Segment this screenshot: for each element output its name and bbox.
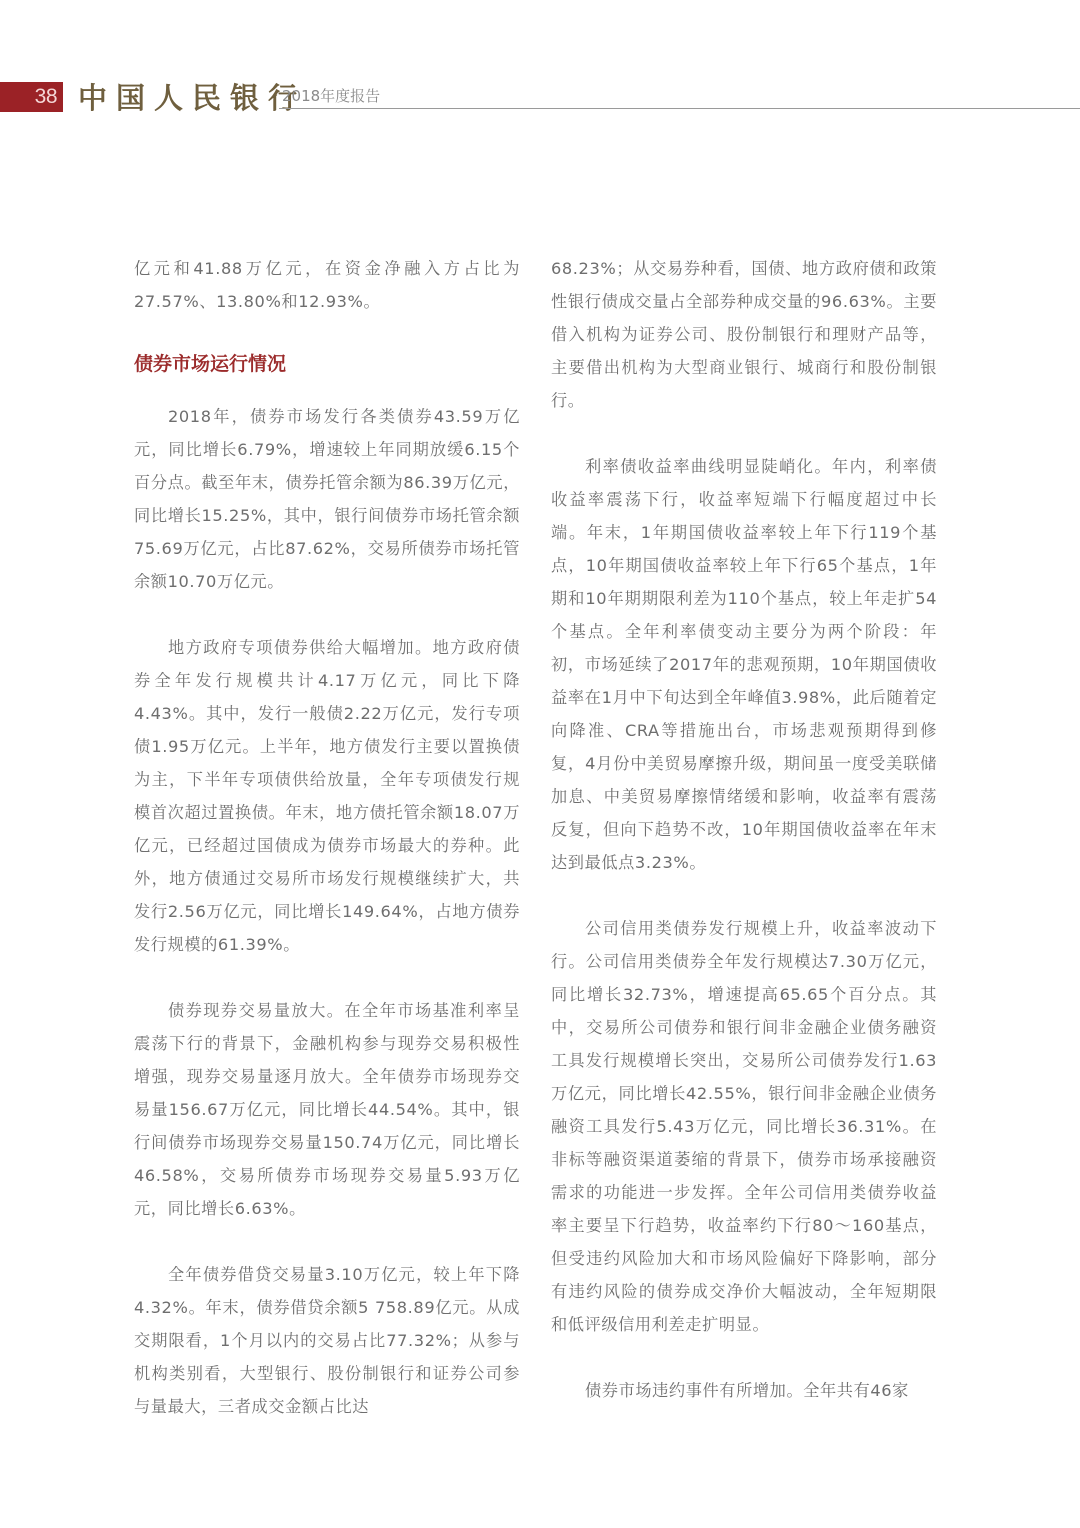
- paragraph: 全年债券借贷交易量3.10万亿元，较上年下降4.32%。年末，债券借贷余额5 7…: [134, 1258, 520, 1423]
- page-number: 38: [35, 84, 57, 110]
- paragraph: 利率债收益率曲线明显陡峭化。年内，利率债收益率震荡下行，收益率短端下行幅度超过中…: [551, 450, 937, 879]
- page-header: 38 中国人民银行 2018年度报告: [0, 76, 1080, 120]
- report-title: 2018年度报告: [282, 85, 380, 107]
- paragraph: 债券市场违约事件有所增加。全年共有46家: [551, 1374, 937, 1407]
- paragraph: 2018年，债券市场发行各类债券43.59万亿元，同比增长6.79%，增速较上年…: [134, 400, 520, 598]
- left-column: 亿元和41.88万亿元，在资金净融入方占比为27.57%、13.80%和12.9…: [134, 252, 520, 1423]
- right-column: 68.23%；从交易券种看，国债、地方政府债和政策性银行债成交量占全部券种成交量…: [551, 252, 937, 1407]
- paragraph: 亿元和41.88万亿元，在资金净融入方占比为27.57%、13.80%和12.9…: [134, 252, 520, 318]
- paragraph: 地方政府专项债券供给大幅增加。地方政府债券全年发行规模共计4.17万亿元，同比下…: [134, 631, 520, 961]
- paragraph: 68.23%；从交易券种看，国债、地方政府债和政策性银行债成交量占全部券种成交量…: [551, 252, 937, 417]
- page-number-tab: 38: [0, 82, 63, 112]
- section-title: 债券市场运行情况: [134, 349, 520, 379]
- paragraph: 债券现券交易量放大。在全年市场基准利率呈震荡下行的背景下，金融机构参与现券交易积…: [134, 994, 520, 1225]
- brand-logo-text: 中国人民银行: [78, 78, 306, 118]
- header-rule: [279, 108, 1080, 109]
- paragraph: 公司信用类债券发行规模上升，收益率波动下行。公司信用类债券全年发行规模达7.30…: [551, 912, 937, 1341]
